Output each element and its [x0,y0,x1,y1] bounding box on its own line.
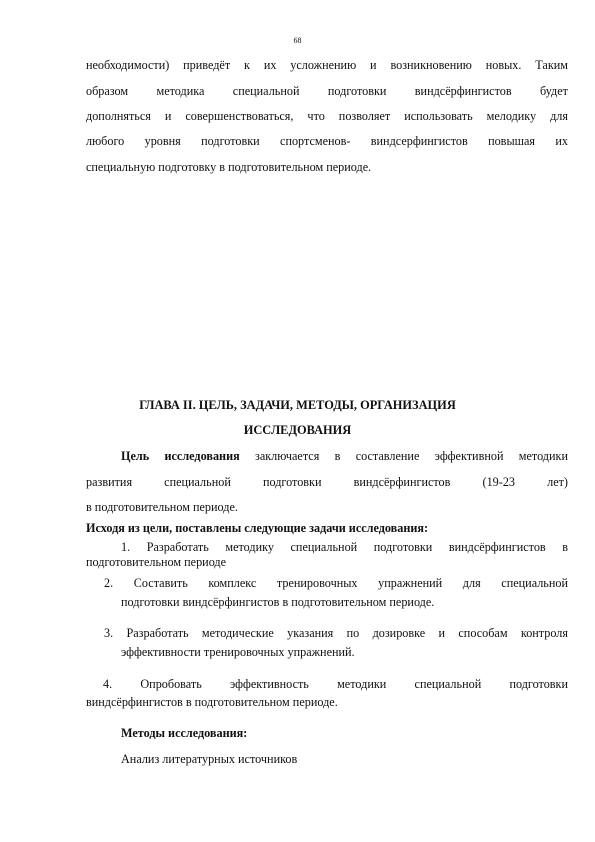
chapter-title: ГЛАВА II. ЦЕЛЬ, ЗАДАЧИ, МЕТОДЫ, ОРГАНИЗА… [0,398,595,412]
goal-line: Цель исследования заключается в составле… [121,449,568,463]
task-item-3: 3. Разработать методические указания по … [104,626,568,640]
paragraph-line: образом методика специальной подготовки … [86,84,568,98]
methods-heading: Методы исследования: [121,726,595,740]
task-item-3-cont: эффективности тренировочных упражнений. [121,645,595,659]
tasks-heading: Исходя из цели, поставлены следующие зад… [86,521,568,535]
paragraph-line: специальную подготовку в подготовительно… [86,160,568,174]
method-item: Анализ литературных источников [121,752,595,766]
task-item-2: 2. Составить комплекс тренировочных упра… [104,576,568,590]
goal-text: заключается в составление эффективной ме… [240,449,568,463]
paragraph-line: любого уровня подготовки спортсменов- ви… [86,134,568,148]
task-item-1: 1. Разработать методику специальной подг… [121,540,568,554]
task-item-2-cont: подготовки виндсёрфингистов в подготовит… [121,595,595,609]
task-item-1-cont: подготовительном периоде [86,555,568,569]
page-number: 68 [0,36,595,45]
goal-label: Цель исследования [121,449,240,463]
task-item-4: 4. Опробовать эффективность методики спе… [103,677,568,691]
goal-line: развития специальной подготовки виндсёрф… [86,475,568,489]
goal-line: в подготовительном периоде. [86,500,568,514]
task-item-4-cont: виндсёрфингистов в подготовительном пери… [86,695,568,709]
chapter-title-cont: ИССЛЕДОВАНИЯ [0,423,595,437]
paragraph-line: необходимости) приведёт к их усложнению … [86,58,568,72]
paragraph-line: дополняться и совершенствоваться, что по… [86,109,568,123]
